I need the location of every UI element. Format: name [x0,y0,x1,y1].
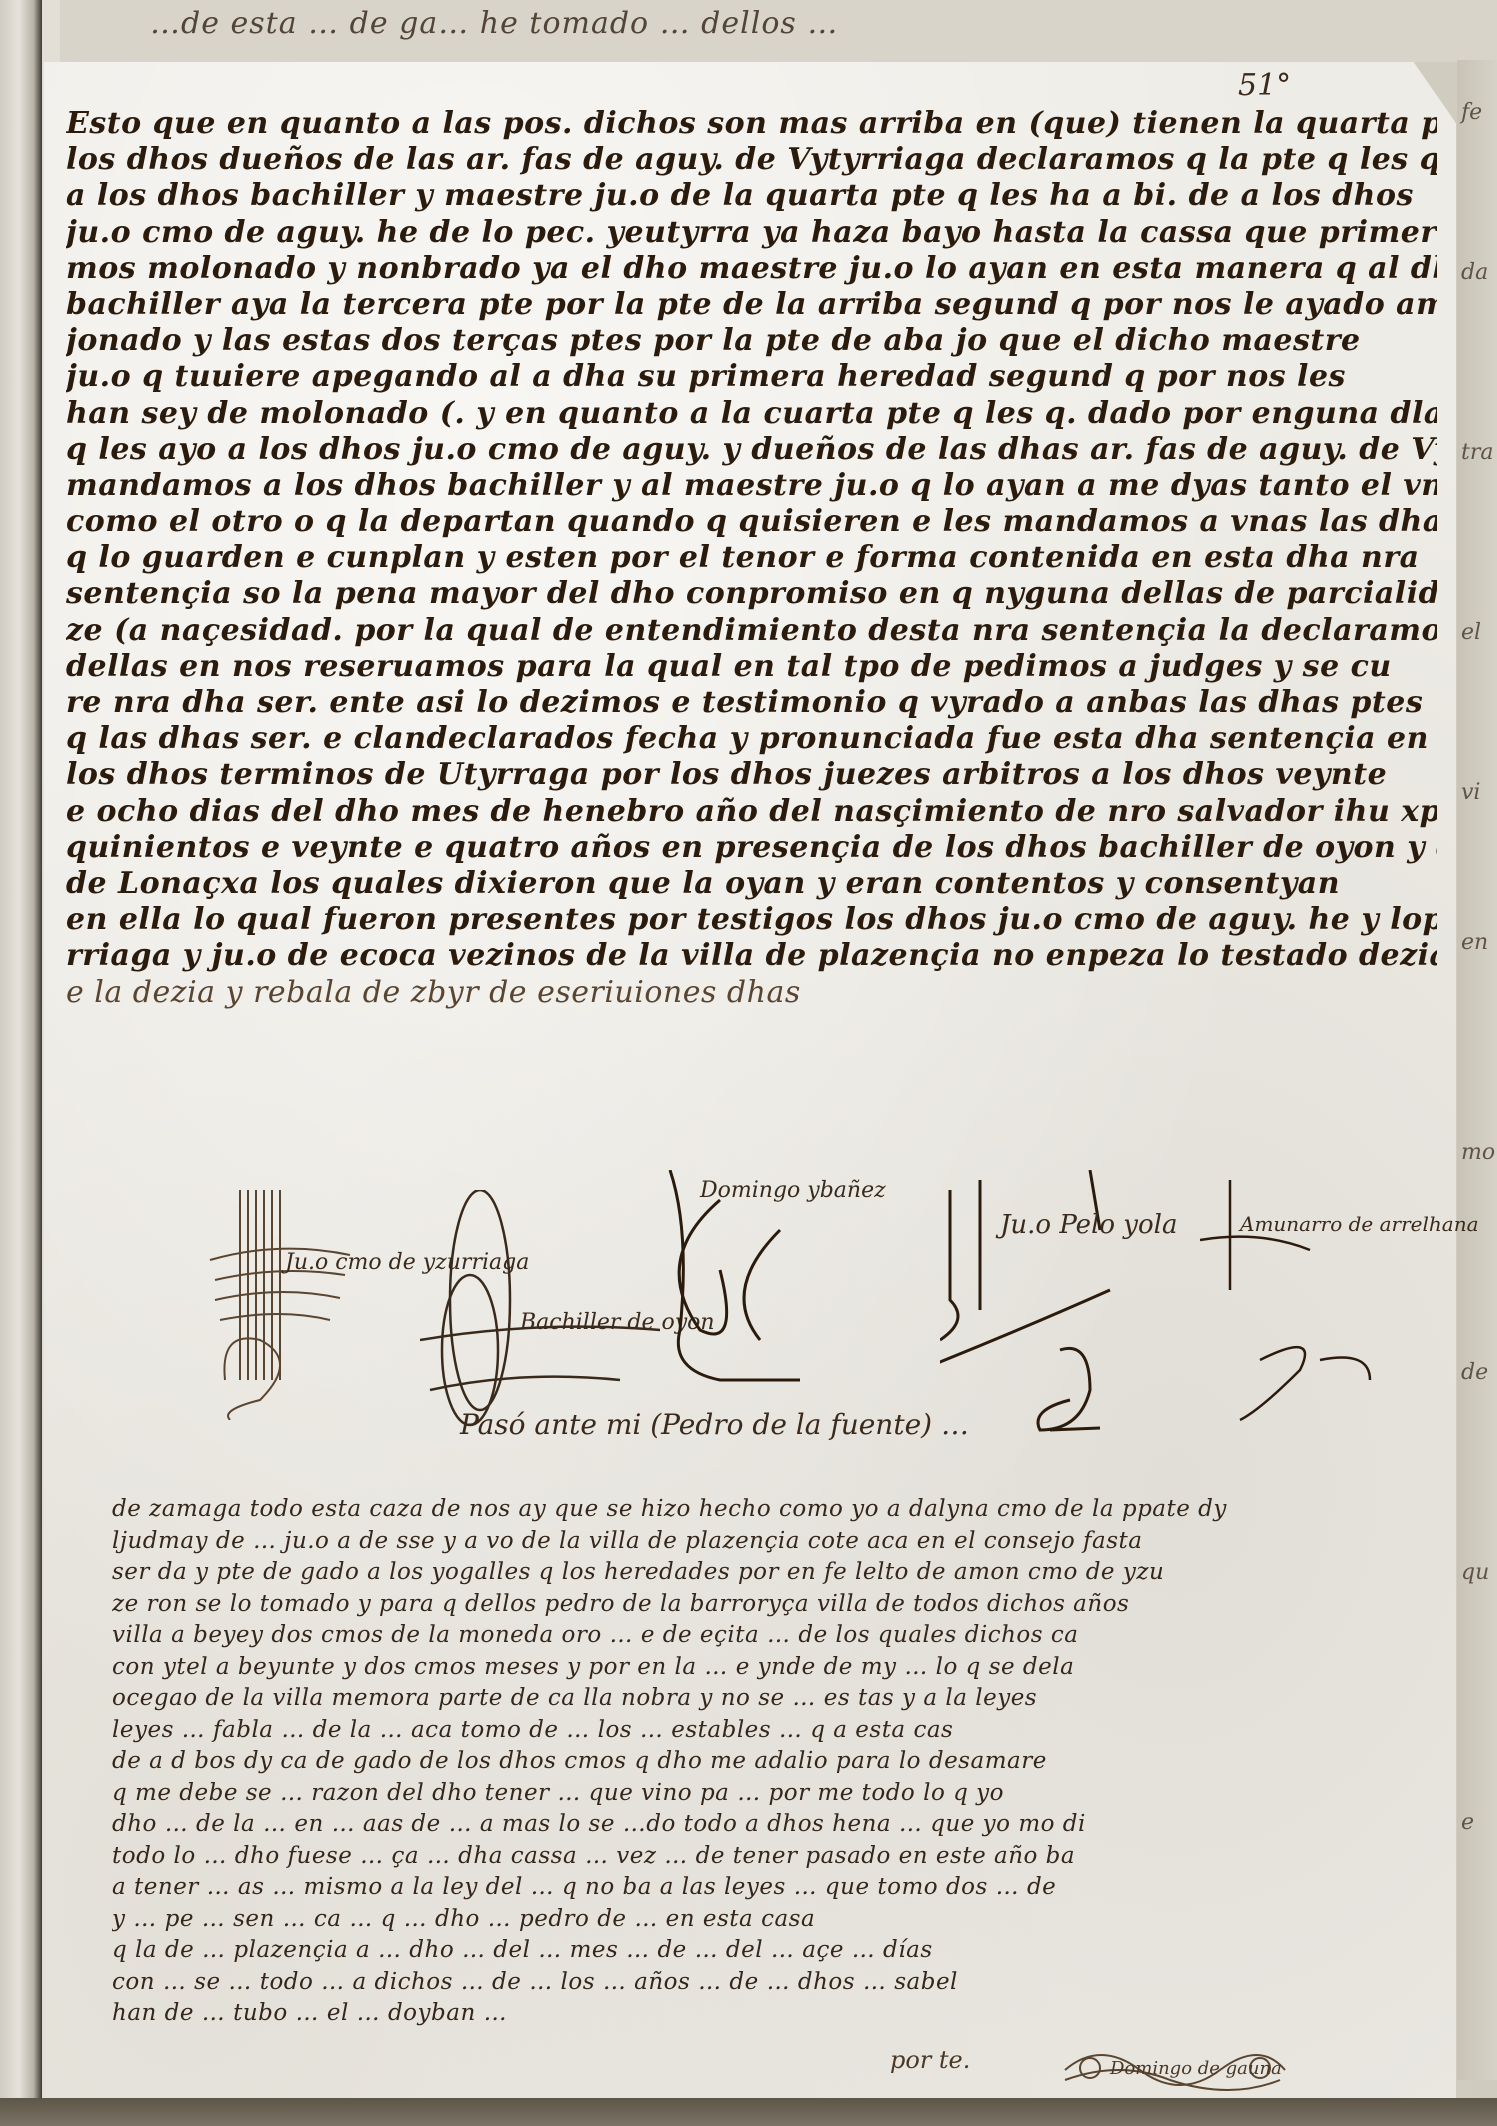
signature-1: Ju.o cmo de yzurriaga [200,1180,360,1420]
text-line: Esto que en quanto a las pos. dichos son… [66,106,1437,142]
text-line: de zamaga todo esta caza de nos ay que s… [112,1494,1427,1526]
signature-name: Domingo de gauna [1110,2058,1282,2079]
text-line: y … pe … sen … ca … q … dho … pedro de …… [112,1904,1427,1936]
underlying-page-top-strip: …de esta … de ga… he tomado … dellos … [60,0,1497,62]
rubric-icon [200,1180,360,1420]
text-line: con ytel a beyunte y dos cmos meses y po… [112,1652,1427,1684]
text-line: a tener … as … mismo a la ley del … q no… [112,1872,1427,1904]
text-line: dellas en nos reseruamos para la qual en… [66,649,1437,685]
text-line: q les ayo a los dhos ju.o cmo de aguy. y… [66,432,1437,468]
text-line: como el otro o q la departan quando q qu… [66,504,1437,540]
text-line: q las dhas ser. e clandeclarados fecha y… [66,721,1437,757]
text-line: sentençia so la pena mayor del dho conpr… [66,576,1437,612]
margin-fragment: tra [1461,440,1493,465]
text-line: ju.o q tuuiere apegando al a dha su prim… [66,359,1437,395]
page-bottom-edge [0,2098,1497,2126]
text-line: bachiller aya la tercera pte por la pte … [66,287,1437,323]
text-line: ze ron se lo tomado y para q dellos pedr… [112,1589,1427,1621]
text-line: mos molonado y nonbrado ya el dho maestr… [66,251,1437,287]
margin-fragment: e [1461,1810,1474,1835]
margin-fragment: mo [1461,1140,1495,1165]
text-line: dho … de la … en … aas de … a mas lo se … [112,1809,1427,1841]
text-line: q lo guarden e cunplan y esten por el te… [66,540,1437,576]
signature-5: Amunarro de arrelhana [1200,1180,1460,1440]
margin-fragment: de [1461,1360,1488,1385]
text-line: de a d bos dy ca de gado de los dhos cmo… [112,1746,1427,1778]
binding-spine [0,0,42,2126]
text-line: ze (a naçesidad. por la qual de entendim… [66,613,1437,649]
text-line: todo lo … dho fuese … ça … dha cassa … v… [112,1841,1427,1873]
text-line: quinientos e veynte e quatro años en pre… [66,830,1437,866]
signature-name: Domingo ybañez [700,1178,886,1203]
text-line-annotation: e la dezia y rebala de zbyr de eseriuion… [66,975,1437,1011]
text-line: los dhos dueños de las ar. fas de aguy. … [66,142,1437,178]
signature-name: Ju.o Pelo yola [1000,1210,1177,1240]
text-line: de Lonaçxa los quales dixieron que la oy… [66,866,1437,902]
text-line: rriaga y ju.o de ecoca vezinos de la vil… [66,938,1437,974]
text-line: ljudmay de … ju.o a de sse y a vo de la … [112,1526,1427,1558]
margin-fragment: el [1461,620,1481,645]
folio-number: 51° [1238,68,1291,103]
right-margin-underlying-page: fe da tra el vi en mo de qu e [1457,60,1497,2080]
lower-signature-1: por te. [890,2046,970,2074]
text-line: ser da y pte de gado a los yogalles q lo… [112,1557,1427,1589]
lower-text-block: de zamaga todo esta caza de nos ay que s… [112,1494,1427,2030]
text-line: con … se … todo … a dichos … de … los … … [112,1967,1427,1999]
main-text-block: Esto que en quanto a las pos. dichos son… [66,106,1437,1011]
margin-fragment: da [1461,260,1488,285]
text-line: ocegao de la villa memora parte de ca ll… [112,1683,1427,1715]
text-line: q me debe se … razon del dho tener … que… [112,1778,1427,1810]
attestation-caption: Pasó ante mi (Pedro de la fuente) … [460,1408,969,1441]
text-line: jonado y las estas dos terças ptes por l… [66,323,1437,359]
rubric-icon [660,1170,920,1410]
signature-3: Domingo ybañez [660,1170,920,1410]
margin-fragment: en [1461,930,1488,955]
text-line: villa a beyey dos cmos de la moneda oro … [112,1620,1427,1652]
text-line: q la de … plazençia a … dho … del … mes … [112,1935,1427,1967]
text-line: mandamos a los dhos bachiller y al maest… [66,468,1437,504]
text-line: a los dhos bachiller y maestre ju.o de l… [66,178,1437,214]
margin-fragment: fe [1461,100,1482,125]
signature-4: Ju.o Pelo yola [940,1170,1220,1450]
signature-name: Amunarro de arrelhana [1240,1212,1479,1236]
text-line: han sey de molonado (. y en quanto a la … [66,396,1437,432]
margin-fragment: qu [1461,1560,1489,1585]
text-line: re nra dha ser. ente asi lo dezimos e te… [66,685,1437,721]
text-line: los dhos terminos de Utyrraga por los dh… [66,757,1437,793]
text-line: en ella lo qual fueron presentes por tes… [66,902,1437,938]
text-line: leyes … fabla … de la … aca tomo de … lo… [112,1715,1427,1747]
lower-signature-2: Domingo de gauna [1060,2040,1290,2100]
underlying-page-text: …de esta … de ga… he tomado … dellos … [150,6,838,41]
margin-fragment: vi [1461,780,1480,805]
text-line: ju.o cmo de aguy. he de lo pec. yeutyrra… [66,215,1437,251]
text-line: e ocho dias del dho mes de henebro año d… [66,794,1437,830]
text-line: han de … tubo … el … doyban … [112,1998,1427,2030]
